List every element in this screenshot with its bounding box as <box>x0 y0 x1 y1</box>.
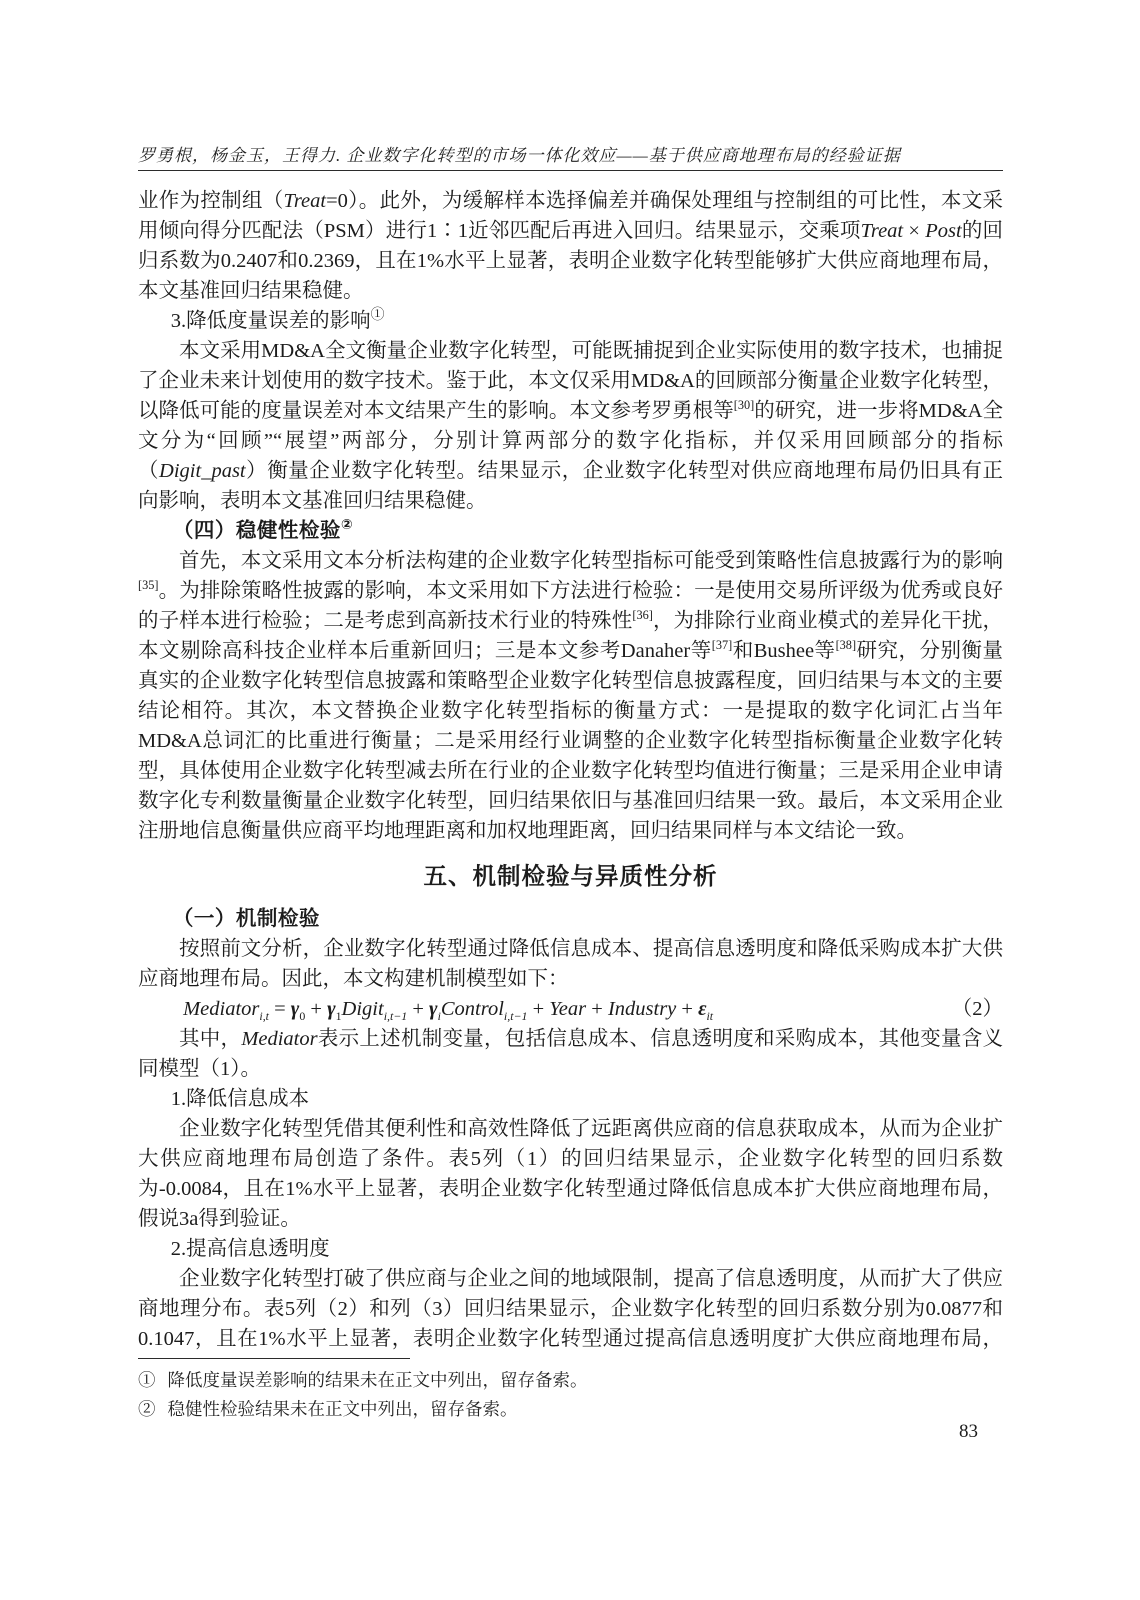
numbered-subheading: 3.降低度量误差的影响① <box>138 306 1003 336</box>
text-segment: （一）机制检验 <box>173 907 320 930</box>
text-segment: 业作为控制组（ <box>138 190 284 212</box>
numbered-subheading: 1.降低信息成本 <box>138 1084 1003 1114</box>
text-segment: 按照前文分析，企业数字化转型通过降低信息成本、提高信息透明度和降低采购成本扩大供… <box>138 938 1003 990</box>
superscript-reference: [37] <box>712 638 733 652</box>
text-segment: Digit_past <box>159 460 246 482</box>
footnote-area: ①降低度量误差影响的结果未在正文中列出，留存备索。②稳健性检验结果未在正文中列出… <box>138 1358 1003 1424</box>
paragraph: 其中，Mediator表示上述机制变量，包括信息成本、信息透明度和采购成本，其他… <box>138 1024 1003 1084</box>
subsection-heading: （四）稳健性检验② <box>138 516 1003 546</box>
text-segment: 和Bushee等 <box>732 640 835 662</box>
text-segment: Post <box>925 220 961 242</box>
text-segment: Industry <box>608 998 676 1020</box>
article-body: 业作为控制组（Treat=0）。此外，为缓解样本选择偏差并确保处理组与控制组的可… <box>138 186 1003 1354</box>
text-segment: = <box>269 998 291 1020</box>
text-segment: （四）稳健性检验 <box>173 519 341 542</box>
paragraph: 企业数字化转型打破了供应商与企业之间的地域限制，提高了信息透明度，从而扩大了供应… <box>138 1264 1003 1354</box>
equation-number: （2） <box>952 994 1003 1024</box>
text-segment: + <box>305 998 327 1020</box>
text-segment: Digit <box>342 998 384 1020</box>
text-segment: + <box>527 998 549 1020</box>
text-segment: Treat <box>861 220 904 242</box>
text-segment: 其中， <box>179 1028 241 1050</box>
footnote: ②稳健性检验结果未在正文中列出，留存备索。 <box>138 1395 1003 1424</box>
paragraph: 首先，本文采用文本分析法构建的企业数字化转型指标可能受到策略性信息披露行为的影响… <box>138 546 1003 846</box>
equation: Mediatori,t = γ0 + γ1Digiti,t−1 + γiCont… <box>138 994 1003 1024</box>
header-rule <box>138 170 1003 171</box>
paper-page: 罗勇根，杨金玉，王得力. 企业数字化转型的市场一体化效应——基于供应商地理布局的… <box>0 0 1140 1600</box>
superscript-reference: ② <box>341 516 353 532</box>
superscript-reference: ① <box>371 308 385 323</box>
superscript-reference: [30] <box>734 398 755 412</box>
footnote-marker: ② <box>138 1395 156 1424</box>
subsection-heading: （一）机制检验 <box>138 904 1003 934</box>
superscript-reference: [38] <box>836 638 857 652</box>
superscript-reference: [36] <box>632 608 653 622</box>
text-segment: + <box>586 998 608 1020</box>
footnote-text: 稳健性检验结果未在正文中列出，留存备索。 <box>168 1395 1004 1424</box>
text-segment: 1.降低信息成本 <box>171 1088 309 1110</box>
text-segment: 3.降低度量误差的影响 <box>171 310 371 332</box>
numbered-subheading: 2.提高信息透明度 <box>138 1234 1003 1264</box>
text-segment: 首先，本文采用文本分析法构建的企业数字化转型指标可能受到策略性信息披露行为的影响 <box>179 550 1003 572</box>
footnote-marker: ① <box>138 1366 156 1395</box>
subscript: it <box>707 1009 714 1023</box>
text-segment: 企业数字化转型凭借其便利性和高效性降低了远距离供应商的信息获取成本，从而为企业扩… <box>138 1118 1003 1230</box>
equation-body: Mediatori,t = γ0 + γ1Digiti,t−1 + γiCont… <box>183 994 713 1024</box>
text-segment: 研究，分别衡量真实的企业数字化转型信息披露和策略型企业数字化转型信息披露程度，回… <box>138 640 1003 842</box>
page-number: 83 <box>959 1421 978 1443</box>
text-segment: Mediator <box>241 1028 317 1050</box>
text-segment: 企业数字化转型打破了供应商与企业之间的地域限制，提高了信息透明度，从而扩大了供应… <box>138 1268 1003 1350</box>
subscript: i,t−1 <box>384 1009 408 1023</box>
text-segment: ）衡量企业数字化转型。结果显示，企业数字化转型对供应商地理布局仍旧具有正向影响，… <box>138 460 1003 512</box>
running-header: 罗勇根，杨金玉，王得力. 企业数字化转型的市场一体化效应——基于供应商地理布局的… <box>138 141 1003 166</box>
text-segment: Control <box>441 998 504 1020</box>
footnote-text: 降低度量误差影响的结果未在正文中列出，留存备索。 <box>168 1366 1004 1395</box>
paragraph: 本文采用MD&A全文衡量企业数字化转型，可能既捕捉到企业实际使用的数字技术，也捕… <box>138 336 1003 516</box>
text-segment: γ <box>327 998 336 1020</box>
footnote-list: ①降低度量误差影响的结果未在正文中列出，留存备索。②稳健性检验结果未在正文中列出… <box>138 1366 1003 1424</box>
footnote: ①降低度量误差影响的结果未在正文中列出，留存备索。 <box>138 1366 1003 1395</box>
text-segment: + <box>407 998 429 1020</box>
text-segment: 五、机制检验与异质性分析 <box>424 863 718 889</box>
text-segment: Year <box>549 998 586 1020</box>
paragraph: 业作为控制组（Treat=0）。此外，为缓解样本选择偏差并确保处理组与控制组的可… <box>138 186 1003 306</box>
text-segment: Treat <box>284 190 327 212</box>
paragraph: 按照前文分析，企业数字化转型通过降低信息成本、提高信息透明度和降低采购成本扩大供… <box>138 934 1003 994</box>
text-segment: Mediator <box>183 998 259 1020</box>
footnote-separator <box>138 1358 410 1359</box>
subscript: i,t−1 <box>504 1009 528 1023</box>
text-segment: × <box>903 220 925 242</box>
paragraph: 企业数字化转型凭借其便利性和高效性降低了远距离供应商的信息获取成本，从而为企业扩… <box>138 1114 1003 1234</box>
superscript-reference: [35] <box>138 578 159 592</box>
text-segment: γ <box>429 998 438 1020</box>
subscript: i,t <box>259 1009 269 1023</box>
text-segment: 2.提高信息透明度 <box>171 1238 330 1260</box>
text-segment: + <box>676 998 698 1020</box>
section-title: 五、机制检验与异质性分析 <box>138 859 1003 893</box>
text-segment: ε <box>698 998 706 1020</box>
